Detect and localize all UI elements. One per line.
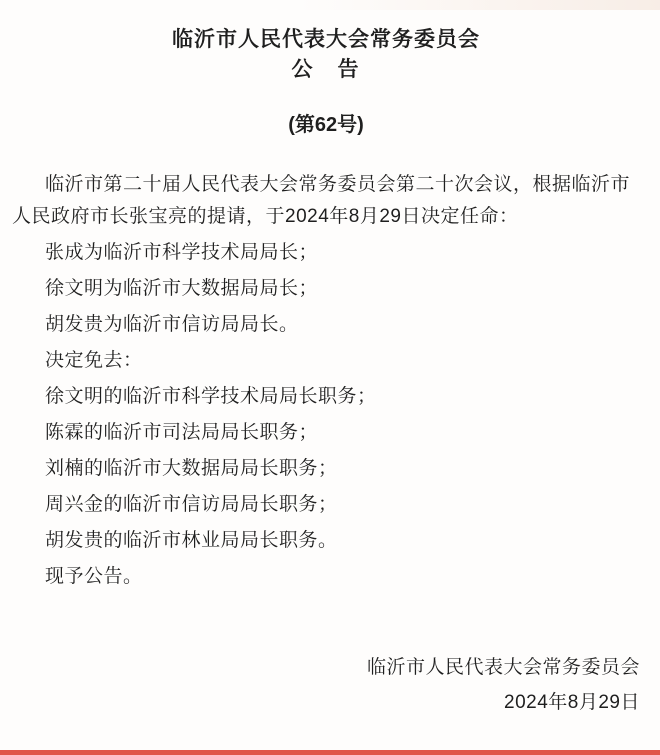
announcement-document: 临沂市人民代表大会常务委员会 公 告 (第62号) 临沂市第二十届人民代表大会常… [0,0,660,755]
dismissal-item: 刘楠的临沂市大数据局局长职务； [12,453,640,485]
dismissal-lead: 决定免去： [12,345,640,377]
dismissal-item: 徐文明的临沂市科学技术局局长职务； [12,381,640,413]
dismissal-item: 胡发贵的临沂市林业局局长职务。 [12,525,640,557]
appointment-item: 徐文明为临沂市大数据局局长； [12,273,640,305]
doc-type-heading: 公 告 [12,55,640,85]
closing-line: 现予公告。 [12,561,640,593]
doc-number: (第62号) [12,111,640,139]
dismissal-item: 周兴金的临沂市信访局局长职务； [12,489,640,521]
bottom-accent-bar [0,750,660,755]
signature-date: 2024年8月29日 [12,685,640,720]
appointment-item: 张成为临沂市科学技术局局长； [12,237,640,269]
signature-org: 临沂市人民代表大会常务委员会 [12,650,640,685]
org-title: 临沂市人民代表大会常务委员会 [12,25,640,55]
signature-block: 临沂市人民代表大会常务委员会 2024年8月29日 [12,650,640,720]
paragraph-intro: 临沂市第二十届人民代表大会常务委员会第二十次会议，根据临沂市人民政府市长张宝亮的… [12,169,640,233]
appointment-item: 胡发贵为临沂市信访局局长。 [12,309,640,341]
announcement-body: 临沂市第二十届人民代表大会常务委员会第二十次会议，根据临沂市人民政府市长张宝亮的… [12,169,640,593]
dismissal-item: 陈霖的临沂市司法局局长职务； [12,417,640,449]
